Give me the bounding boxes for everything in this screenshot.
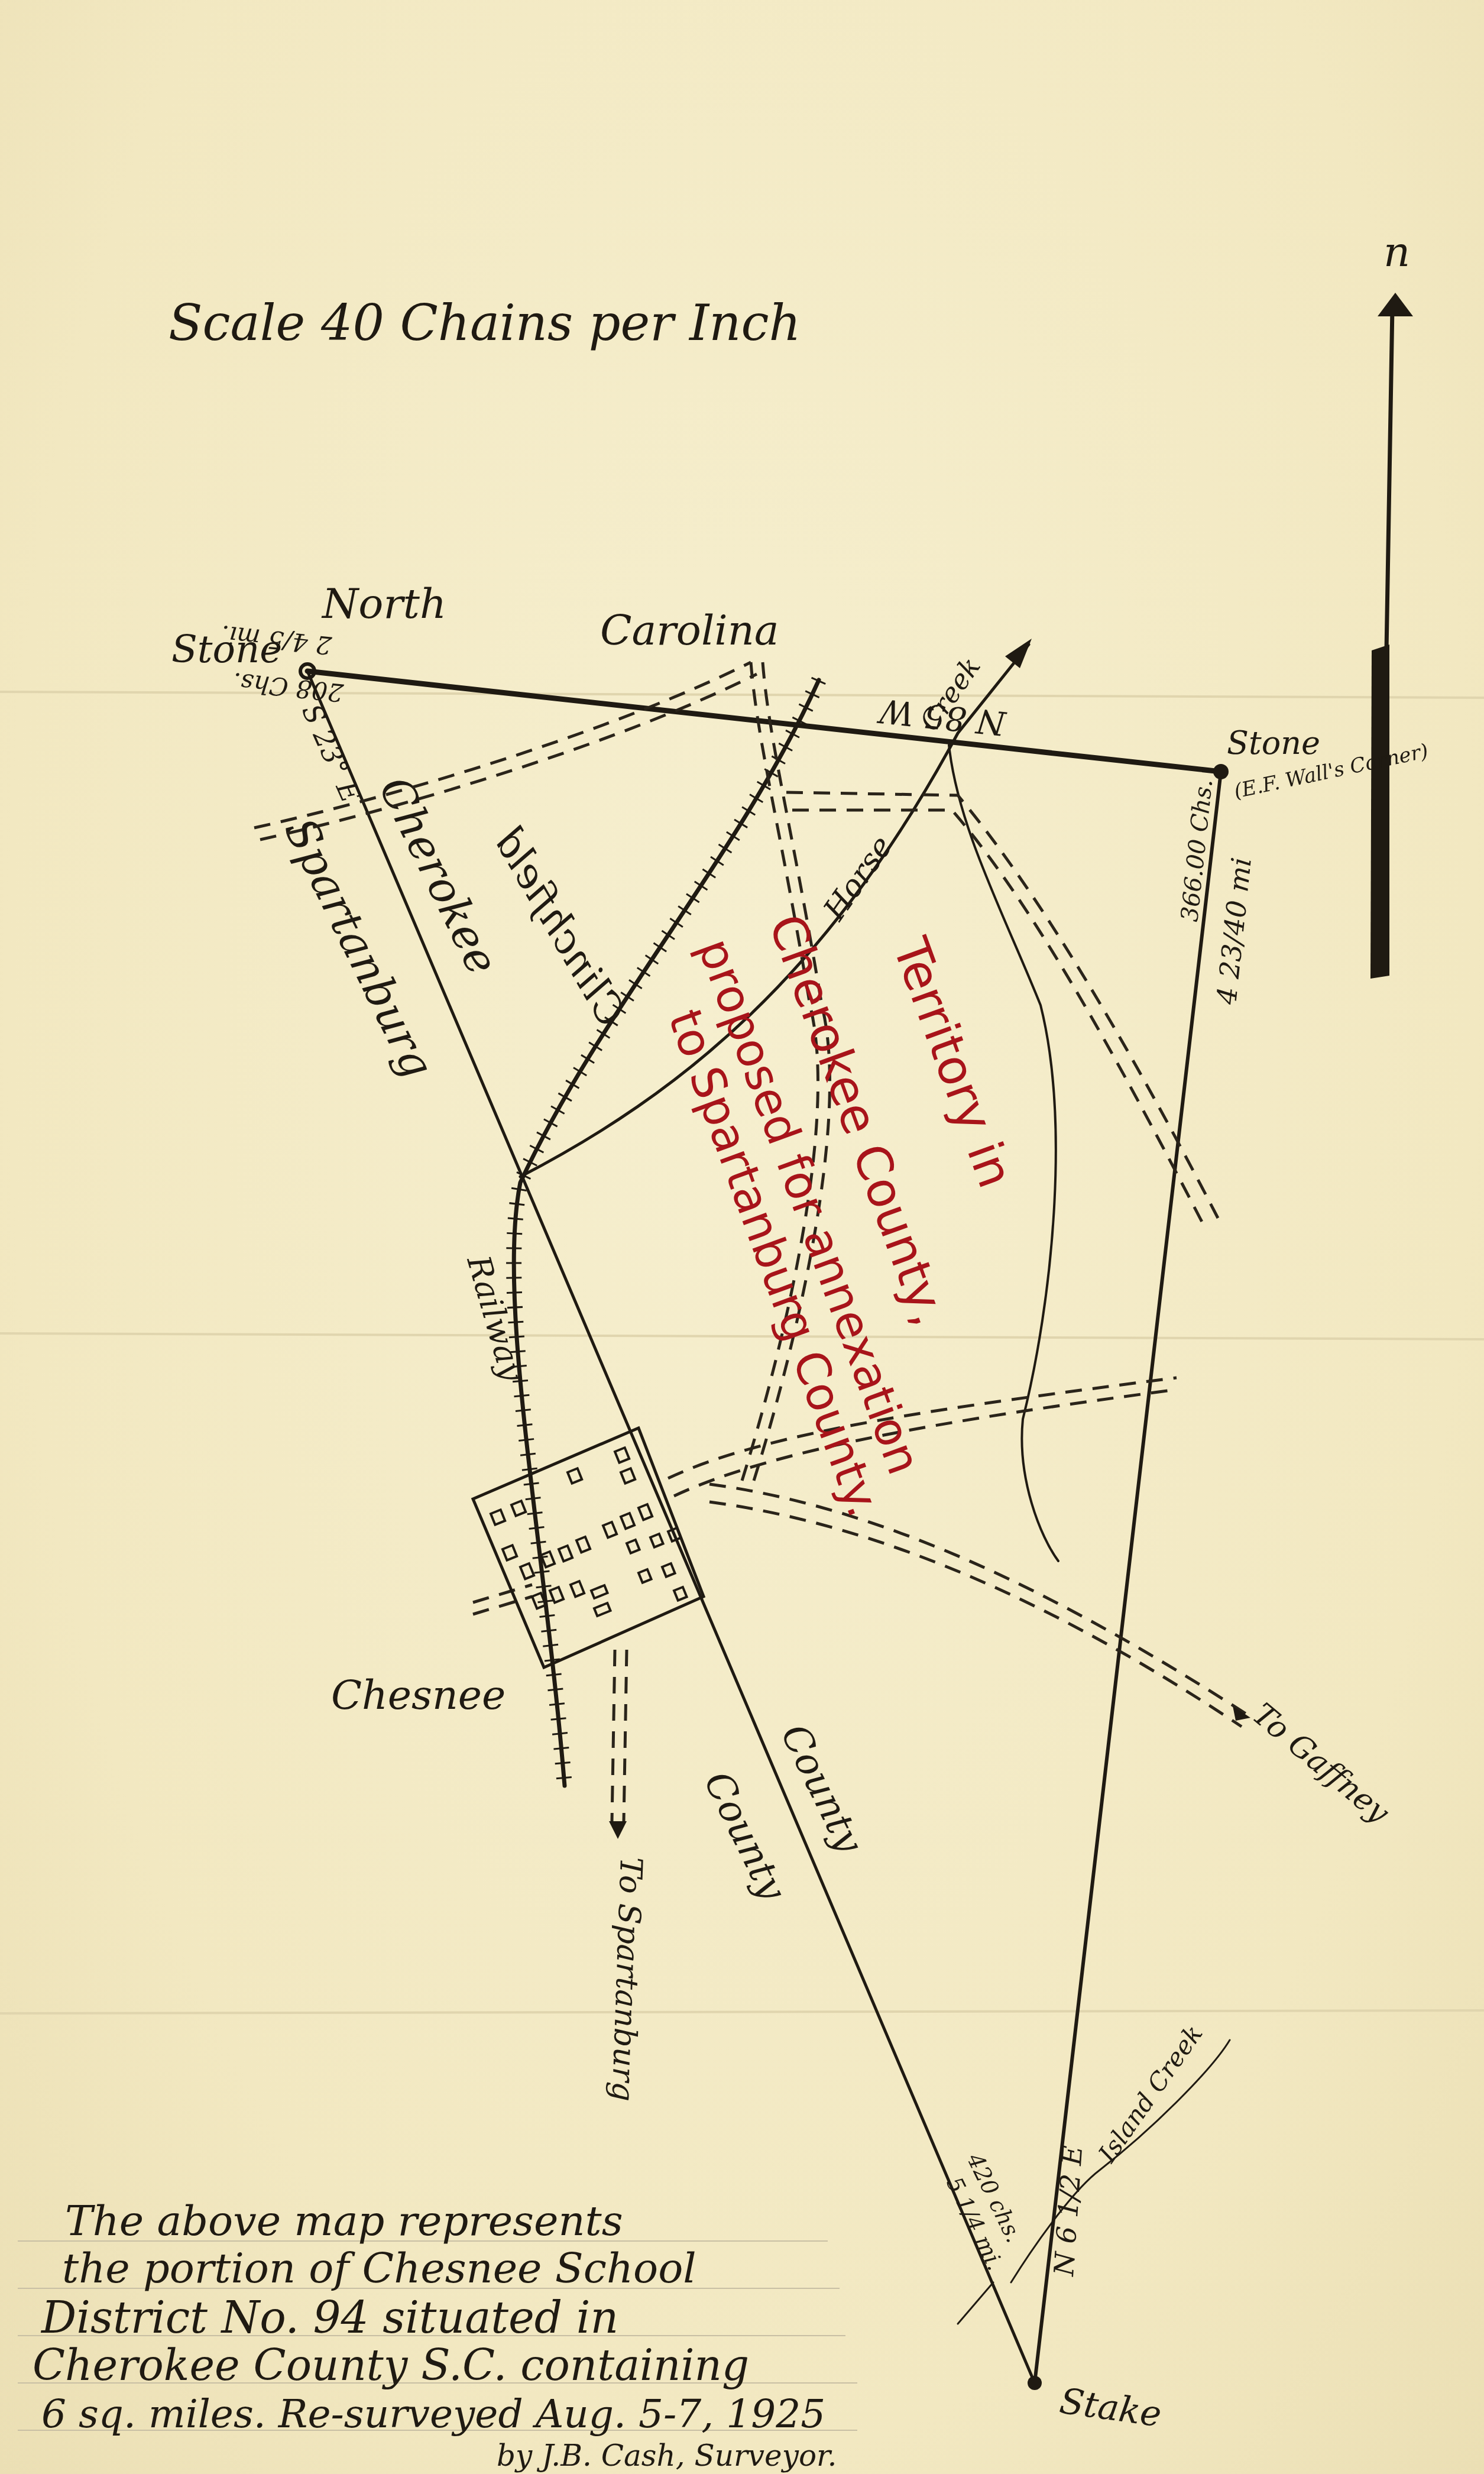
arrow-to-gaffney-icon [1233, 1706, 1250, 1721]
label-horse: Horse [816, 830, 900, 927]
north-arrow-icon: n [1370, 228, 1413, 979]
ne-stone-marker [1213, 764, 1229, 779]
arrow-to-spartanburg-icon [609, 1821, 627, 1839]
east-line-miles: 4 23/40 mi [1210, 856, 1258, 1006]
label-clinchfield: Clinchfield [484, 820, 634, 1034]
label-to-spartanburg: To Spartanburg [605, 1857, 649, 2102]
caption-line-2: the portion of Chesnee School [62, 2244, 696, 2292]
caption-line-3: District No. 94 situated in [40, 2292, 618, 2343]
map-canvas: Scale 40 Chains per Inch n Stone Stone (… [0, 0, 1484, 2474]
survey-map-sheet: Scale 40 Chains per Inch n Stone Stone (… [0, 0, 1484, 2474]
label-chesnee: Chesnee [331, 1672, 506, 1719]
caption-line-4: Cherokee County S.C. containing [33, 2340, 749, 2390]
label-cherokee-county: Cherokee [369, 769, 508, 983]
fold-line [0, 692, 1484, 698]
west-line-bearing: S 23° E [296, 700, 367, 808]
stake-label: Stake [1057, 2381, 1164, 2436]
caption-line-1: The above map represents [65, 2197, 623, 2245]
ne-corner-label: Stone [1227, 724, 1320, 762]
scale-title: Scale 40 Chains per Inch [169, 294, 801, 352]
label-north: North [321, 579, 446, 628]
fold-line [0, 1333, 1484, 1339]
fold-line [0, 2010, 1484, 2013]
island-creek-outlet [958, 2282, 993, 2324]
north-arrow-label: n [1383, 228, 1410, 276]
label-railway: Railway [459, 1251, 531, 1386]
annexation-annotation: Territory in Cherokee County, proposed f… [657, 907, 1023, 1524]
creek-arrow-icon [1005, 639, 1032, 668]
label-carolina: Carolina [600, 606, 779, 655]
label-island-creek: Island Creek [1092, 2019, 1208, 2168]
surveyor-signature: by J.B. Cash, Surveyor. [497, 2439, 837, 2473]
stake-marker [1028, 2376, 1042, 2390]
chesnee-town-block [473, 1428, 704, 1667]
caption-line-5: 6 sq. miles. Re-surveyed Aug. 5-7, 1925 [41, 2391, 825, 2437]
annotation-line-1: Territory in [882, 930, 1023, 1195]
south-bearing: N 6 1/2 E [1048, 2145, 1088, 2278]
caption-block: The above map represents the portion of … [33, 2197, 837, 2473]
label-county-right: County [772, 1718, 872, 1861]
label-to-gaffney: To Gaffney [1246, 1696, 1396, 1831]
